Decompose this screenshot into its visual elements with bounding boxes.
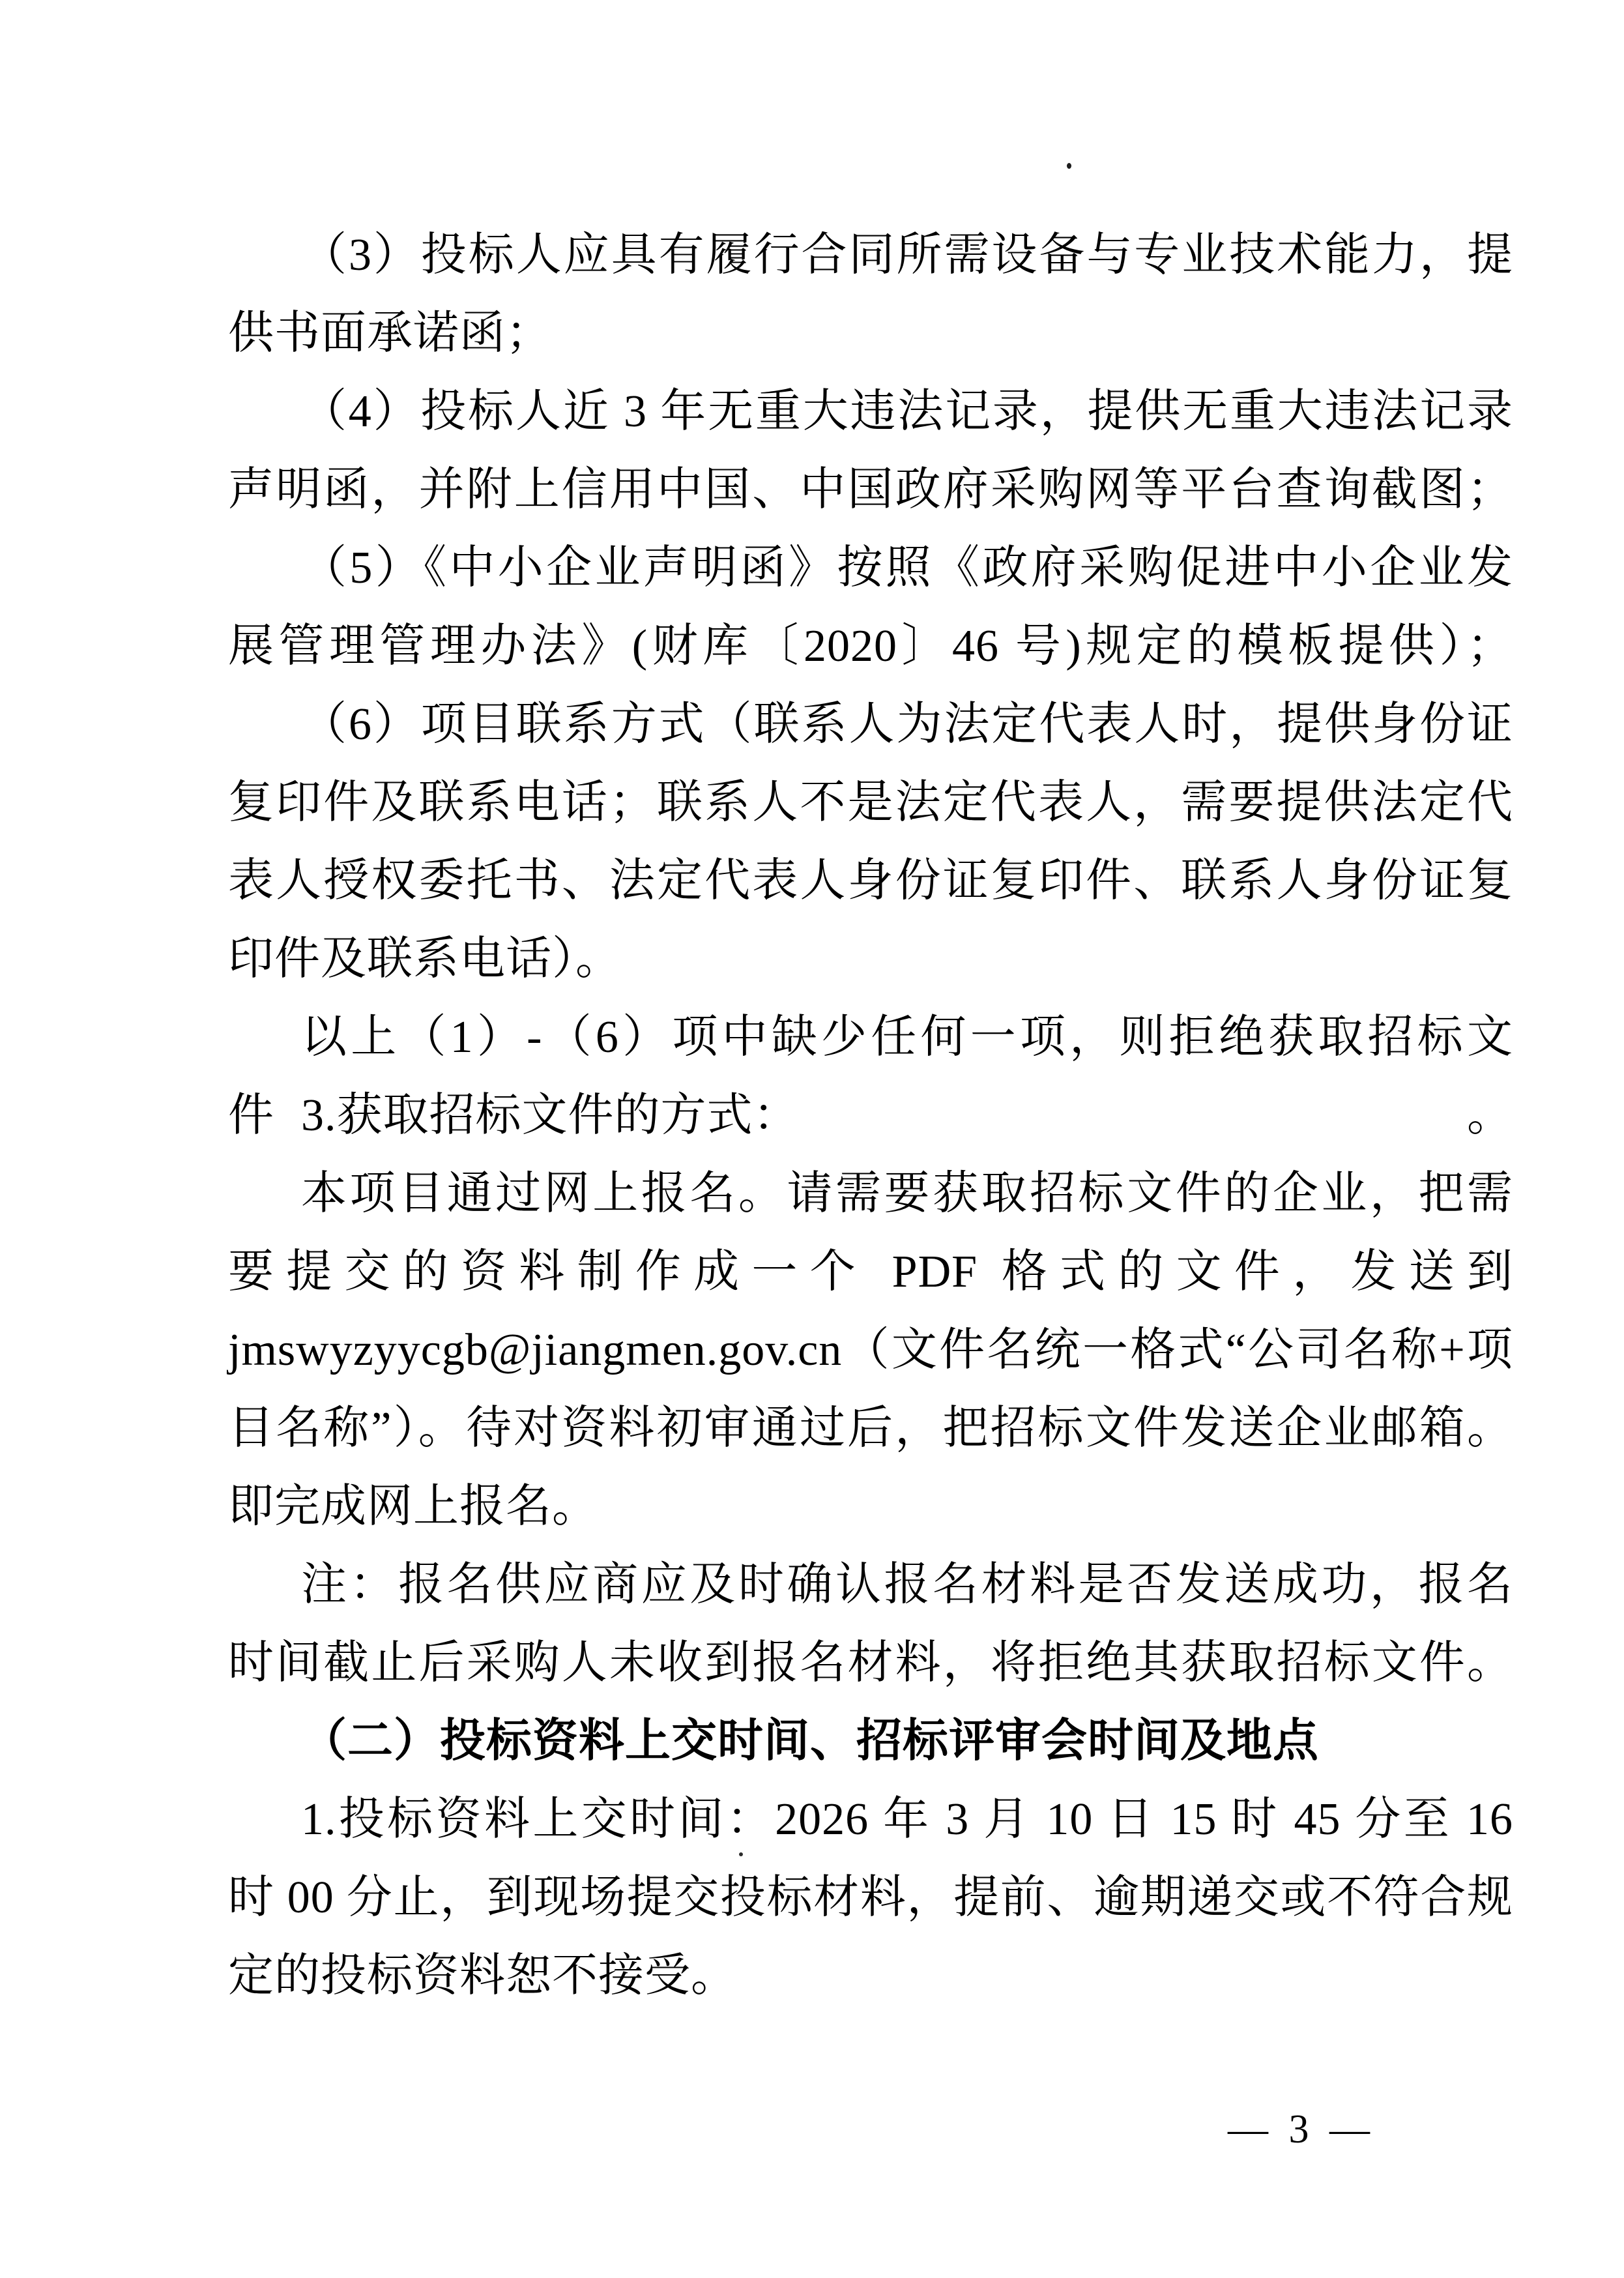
text-line: 印件及联系电话）。 bbox=[228, 920, 1513, 999]
text-line: 定的投标资料恕不接受。 bbox=[228, 1937, 1513, 2015]
text-line: 展管理管理办法》(财库〔2020〕46 号)规定的模板提供）； bbox=[228, 607, 1513, 686]
text-line: 即完成网上报名。 bbox=[228, 1468, 1513, 1546]
text-line: （5）《中小企业声明函》按照《政府采购促进中小企业发 bbox=[228, 529, 1513, 607]
text-line: 表人授权委托书、法定代表人身份证复印件、联系人身份证复 bbox=[228, 842, 1513, 920]
scan-artifact-dot bbox=[739, 1852, 743, 1856]
text-line: 时 00 分止，到现场提交投标材料，提前、逾期递交或不符合规 bbox=[228, 1859, 1513, 1937]
page-number: — 3 — bbox=[1228, 2107, 1375, 2153]
text-line: 1.投标资料上交时间：2026 年 3 月 10 日 15 时 45 分至 16 bbox=[228, 1781, 1513, 1859]
text-line: （3）投标人应具有履行合同所需设备与专业技术能力，提 bbox=[228, 216, 1513, 295]
document-body: （3）投标人应具有履行合同所需设备与专业技术能力，提供书面承诺函；（4）投标人近… bbox=[228, 216, 1513, 2015]
text-line: 以上（1）-（6）项中缺少任何一项，则拒绝获取招标文件。 bbox=[228, 999, 1513, 1077]
text-line: （4）投标人近 3 年无重大违法记录，提供无重大违法记录 bbox=[228, 373, 1513, 451]
text-line: 本项目通过网上报名。请需要获取招标文件的企业，把需 bbox=[228, 1155, 1513, 1233]
scanned-document-page: （3）投标人应具有履行合同所需设备与专业技术能力，提供书面承诺函；（4）投标人近… bbox=[0, 0, 1624, 2278]
text-line: 时间截止后采购人未收到报名材料，将拒绝其获取招标文件。 bbox=[228, 1624, 1513, 1702]
text-line: （6）项目联系方式（联系人为法定代表人时，提供身份证 bbox=[228, 686, 1513, 764]
text-line: 供书面承诺函； bbox=[228, 295, 1513, 373]
text-line: jmswyzyycgb@jiangmen.gov.cn（文件名统一格式“公司名称… bbox=[228, 1311, 1513, 1390]
text-line: 复印件及联系电话；联系人不是法定代表人，需要提供法定代 bbox=[228, 764, 1513, 842]
text-line: 声明函，并附上信用中国、中国政府采购网等平台查询截图； bbox=[228, 451, 1513, 529]
scan-artifact-dot bbox=[1067, 163, 1071, 169]
text-line: （二）投标资料上交时间、招标评审会时间及地点 bbox=[228, 1702, 1513, 1781]
text-line: 要提交的资料制作成一个 PDF 格式的文件，发送到 bbox=[228, 1233, 1513, 1311]
text-line: 注：报名供应商应及时确认报名材料是否发送成功，报名 bbox=[228, 1546, 1513, 1624]
text-line: 目名称”）。待对资料初审通过后，把招标文件发送企业邮箱。 bbox=[228, 1390, 1513, 1468]
